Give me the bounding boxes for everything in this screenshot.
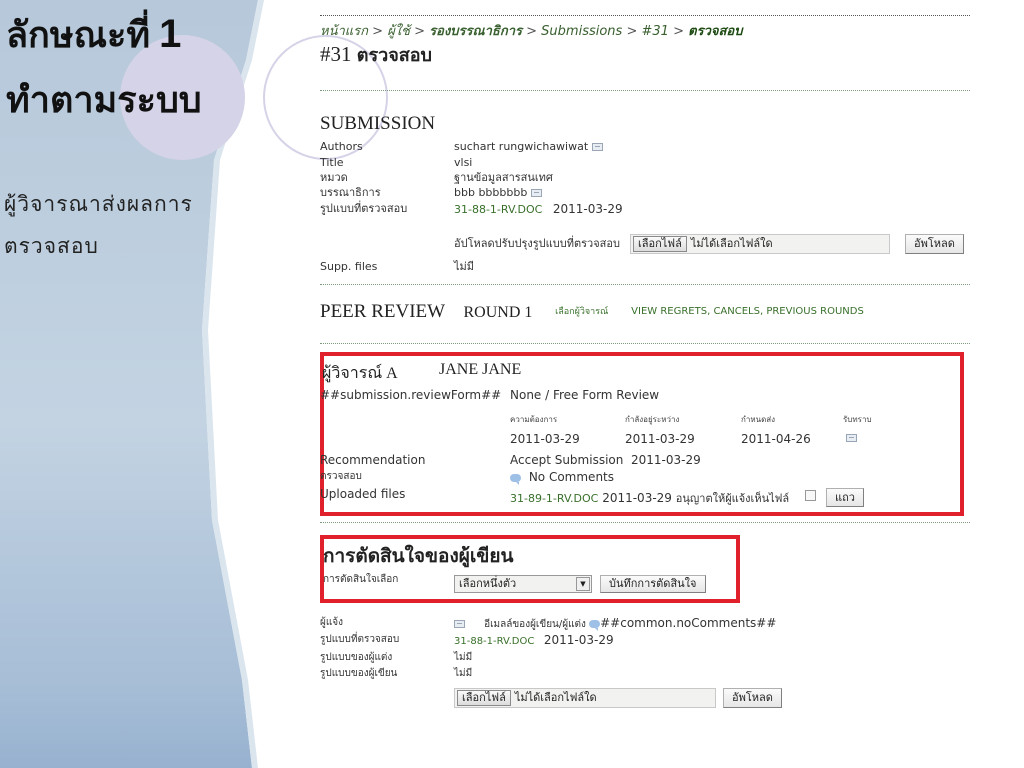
divider [320, 90, 970, 91]
date-due[interactable]: 2011-04-26 [741, 432, 811, 446]
comment-icon[interactable] [589, 620, 600, 628]
review-page: หน้าแรก > ผู้ใช้ > รองบรรณาธิการ > Submi… [320, 0, 970, 768]
breadcrumb-submission-id[interactable]: #31 [642, 24, 669, 39]
page-title-text: ตรวจสอบ [357, 45, 432, 66]
col-acknowledge: รับทราบ [843, 413, 872, 426]
slide-title-text: ลักษณะที่ [6, 15, 150, 55]
col-due: กำหนดส่ง [741, 413, 775, 426]
divider [320, 284, 970, 285]
author-email-link[interactable]: อีเมลล์ของผู้เขียน/ผู้แต่ง [484, 619, 586, 630]
allow-author-checkbox[interactable] [805, 490, 816, 501]
mail-icon[interactable] [846, 434, 857, 442]
col-requested: ความต้องการ [510, 413, 557, 426]
reviewer-name: JANE JANE [439, 361, 521, 379]
slide-subtitle-line2: ตรวจสอบ [4, 230, 99, 263]
round-label: ROUND 1 [463, 304, 532, 321]
view-regrets-link[interactable]: VIEW REGRETS, CANCELS, PREVIOUS ROUNDS [631, 306, 864, 317]
col-underway: กำลังอยู่ระหว่าง [625, 413, 679, 426]
mail-icon[interactable] [592, 143, 603, 151]
record-decision-button[interactable]: บันทึกการตัดสินใจ [600, 575, 706, 593]
slide-title-line2: ทำตามระบบ [6, 82, 202, 118]
upload-button[interactable]: อัพโหลด [905, 234, 964, 254]
peer-review-heading: PEER REVIEW ROUND 1 เลือกผู้วิจารณ์ VIEW… [320, 301, 864, 323]
breadcrumb-submissions[interactable]: Submissions [541, 24, 622, 39]
date-underway: 2011-03-29 [625, 432, 695, 446]
author-name: suchart rungwichawiwat [454, 140, 588, 153]
breadcrumb: หน้าแรก > ผู้ใช้ > รองบรรณาธิการ > Submi… [320, 20, 742, 41]
divider [320, 522, 970, 523]
slide-title-line1: ลักษณะที่ 1 [6, 14, 181, 54]
comment-icon[interactable] [510, 474, 521, 482]
decision-select[interactable]: เลือกหนึ่งตัว ▼ [454, 575, 592, 593]
select-reviewer-link[interactable]: เลือกผู้วิจารณ์ [555, 307, 608, 317]
reviewer-label: ผู้วิจารณ์ A [322, 365, 398, 382]
decision-heading: การตัดสินใจของผู้เขียน [323, 541, 513, 571]
editor-name: bbb bbbbbbb [454, 186, 527, 199]
mail-icon[interactable] [531, 189, 542, 197]
no-file-text: ไม่ได้เลือกไฟล์ใด [691, 237, 773, 250]
divider [320, 343, 970, 344]
breadcrumb-user[interactable]: ผู้ใช้ [387, 24, 410, 39]
breadcrumb-section-editor[interactable]: รองบรรณาธิการ [429, 24, 522, 39]
upload-button[interactable]: อัพโหลด [723, 688, 782, 708]
choose-file-button[interactable]: เลือกไฟล์ [633, 236, 687, 252]
breadcrumb-current: ตรวจสอบ [688, 24, 742, 39]
divider [320, 15, 970, 16]
chevron-down-icon: ▼ [576, 577, 590, 591]
revised-file-input[interactable]: เลือกไฟล์ไม่ได้เลือกไฟล์ใด [630, 234, 890, 254]
review-file-link[interactable]: 31-88-1-RV.DOC [454, 203, 542, 216]
date-requested: 2011-03-29 [510, 432, 580, 446]
slide-subtitle-line1: ผู้วิจารณาส่งผลการ [4, 188, 193, 221]
review-file-link[interactable]: 31-88-1-RV.DOC [454, 636, 534, 647]
reviewer-heading: ผู้วิจารณ์ A JANE JANE [322, 361, 398, 386]
page-title: #31 ตรวจสอบ [320, 40, 432, 69]
choose-file-button[interactable]: เลือกไฟล์ [457, 690, 511, 706]
uploaded-file-link[interactable]: 31-89-1-RV.DOC [510, 492, 598, 505]
row-button[interactable]: แถว [826, 488, 864, 507]
slide-title-number: 1 [159, 12, 181, 56]
breadcrumb-home[interactable]: หน้าแรก [320, 24, 368, 39]
page-title-number: #31 [320, 42, 352, 66]
submission-heading: SUBMISSION [320, 113, 435, 135]
editor-file-input[interactable]: เลือกไฟล์ไม่ได้เลือกไฟล์ใด [454, 688, 716, 708]
mail-icon[interactable] [454, 620, 465, 628]
no-file-text: ไม่ได้เลือกไฟล์ใด [515, 691, 597, 704]
